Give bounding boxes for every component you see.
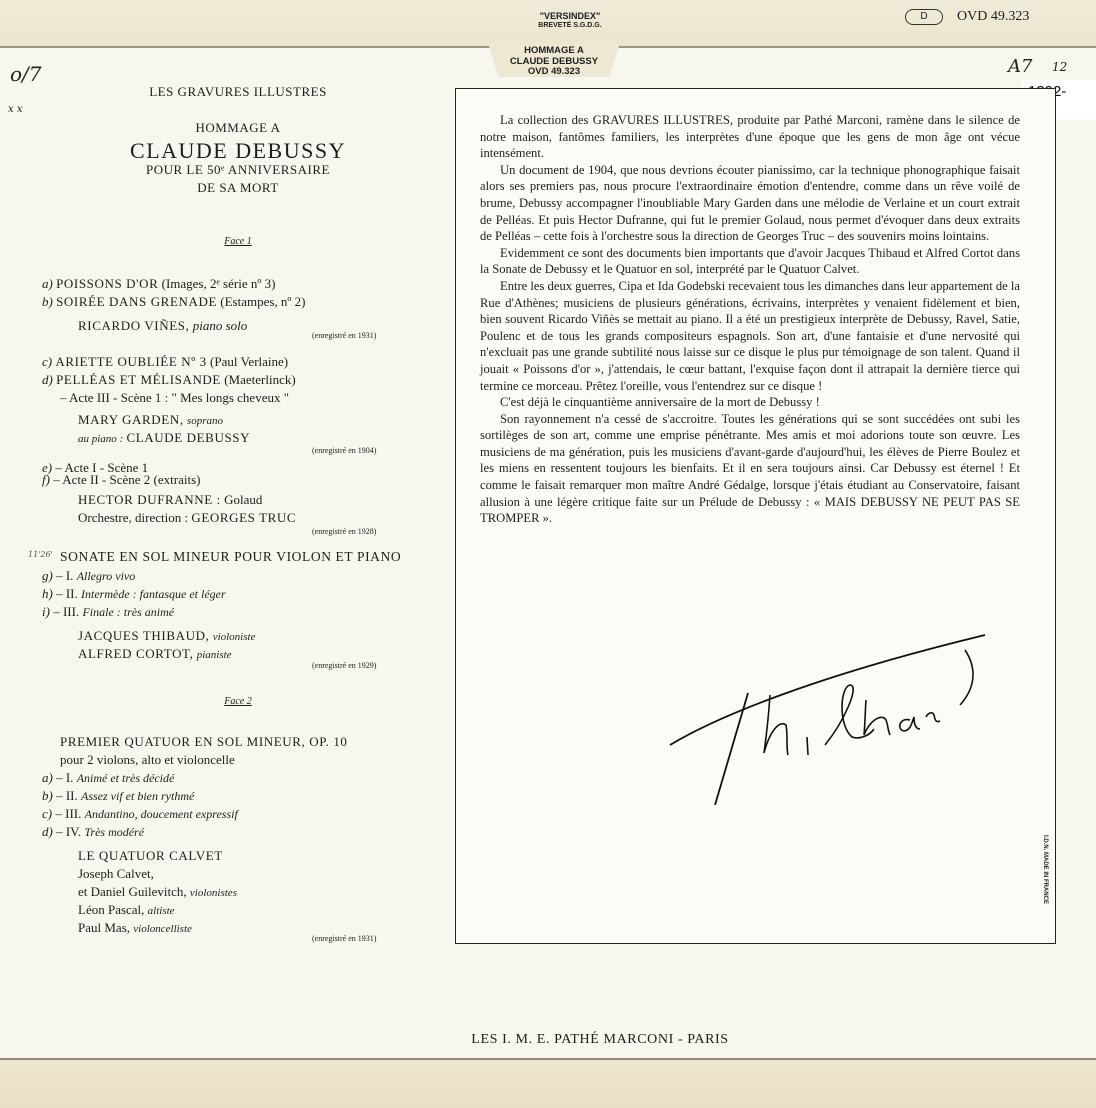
spine-tab-line1: HOMMAGE A: [488, 46, 620, 57]
track-d: d) PELLÉAS ET MÉLISANDE (Maeterlinck): [42, 372, 296, 388]
composer-title: CLAUDE DEBUSSY: [88, 138, 388, 164]
member-role: violonistes: [190, 887, 237, 899]
member-role: altiste: [148, 905, 175, 917]
performer-role: Golaud: [224, 492, 262, 507]
track-note: (Paul Verlaine): [210, 354, 288, 369]
performer-line: RICARDO VIÑES, piano solo: [78, 318, 247, 334]
recording-date: (enregistré en 1929): [312, 661, 376, 670]
track-title: SOIRÉE DANS GRENADE: [56, 294, 217, 309]
track-b: b) SOIRÉE DANS GRENADE (Estampes, nº 2): [42, 294, 306, 310]
track-title: POISSONS D'OR: [56, 276, 158, 291]
essay-paragraph: Entre les deux guerres, Cipa et Ida Gode…: [480, 278, 1020, 394]
handwritten-note-top-right: A7: [1008, 56, 1032, 77]
movement-item: g) – I. Allegro vivo: [42, 568, 135, 584]
ensemble-member: et Daniel Guilevitch, violonistes: [78, 884, 237, 900]
track-letter: f): [42, 472, 50, 487]
recording-date: (enregistré en 1931): [312, 934, 376, 943]
track-title: PELLÉAS ET MÉLISANDE: [56, 372, 221, 387]
performer-line: JACQUES THIBAUD, violoniste: [78, 628, 255, 644]
track-letter: c): [42, 354, 52, 369]
handwritten-side-note: 11'26': [28, 550, 53, 559]
track-a: a) POISSONS D'OR (Images, 2ᵉ série nº 3): [42, 276, 275, 292]
essay-paragraph: La collection des GRAVURES ILLUSTRES, pr…: [480, 112, 1020, 162]
track-letter: a): [42, 276, 53, 291]
versindex-line2: BREVETÉ S.G.D.G.: [510, 21, 630, 30]
spine-tab: HOMMAGE A CLAUDE DEBUSSY OVD 49.323: [488, 43, 620, 77]
sleeve-bottom-band: [0, 1058, 1096, 1108]
recording-date: (enregistré en 1931): [312, 331, 376, 340]
member-name: Paul Mas,: [78, 920, 130, 935]
track-c: c) ARIETTE OUBLIÉE Nº 3 (Paul Verlaine): [42, 354, 288, 370]
movement-item: h) – II. Intermède : fantasque et léger: [42, 586, 226, 602]
movement-item: c) – III. Andantino, doucement expressif: [42, 806, 238, 822]
ensemble-name: LE QUATUOR CALVET: [78, 848, 223, 864]
ensemble-member: Léon Pascal, altiste: [78, 902, 175, 918]
signature-milhaud: [660, 625, 990, 805]
performer-line: ALFRED CORTOT, pianiste: [78, 646, 232, 662]
liner-notes-text: La collection des GRAVURES ILLUSTRES, pr…: [480, 112, 1020, 527]
track-title: – Acte II - Scène 2 (extraits): [53, 472, 200, 487]
side-print-made-in-france: I.D.N. MADE IN FRANCE: [1042, 835, 1048, 904]
performer-name: JACQUES THIBAUD,: [78, 628, 209, 643]
ensemble-member: Paul Mas, violoncelliste: [78, 920, 192, 936]
essay-paragraph: C'est déjà le cinquantième anniversaire …: [480, 394, 1020, 411]
catalog-block: D OVD 49.323: [905, 9, 1029, 25]
essay-paragraph: Evidemment ce sont des documents bien im…: [480, 245, 1020, 278]
subtitle-line2: DE SA MORT: [88, 180, 388, 196]
member-name: Léon Pascal,: [78, 902, 144, 917]
sonata-title: SONATE EN SOL MINEUR POUR VIOLON ET PIAN…: [60, 549, 401, 565]
movement-item: a) – I. Animé et très décidé: [42, 770, 174, 786]
handwritten-marks: x x: [8, 104, 22, 115]
conductor-label: Orchestre, direction :: [78, 510, 188, 525]
track-f: f) – Acte II - Scène 2 (extraits): [42, 474, 200, 486]
recording-date: (enregistré en 1904): [312, 446, 376, 455]
accompanist-label: au piano :: [78, 433, 123, 445]
member-name: et Daniel Guilevitch,: [78, 884, 187, 899]
hommage-line: HOMMAGE A: [88, 120, 388, 136]
handwritten-note-top-right-2: 12: [1052, 60, 1067, 74]
accompanist-line: au piano : CLAUDE DEBUSSY: [78, 430, 250, 446]
movement-item: b) – II. Assez vif et bien rythmé: [42, 788, 194, 804]
versindex-line1: "VERSINDEX": [510, 12, 630, 21]
face1-heading: Face 1: [208, 236, 268, 247]
track-note: (Estampes, nº 2): [220, 294, 305, 309]
recording-date: (enregistré en 1928): [312, 527, 376, 536]
essay-paragraph: Un document de 1904, que nous devrions é…: [480, 162, 1020, 245]
essay-paragraph: Son rayonnement n'a cessé de s'accroitre…: [480, 411, 1020, 527]
spine-tab-line3: OVD 49.323: [488, 67, 620, 78]
track-note: (Maeterlinck): [224, 372, 295, 387]
performer-role: soprano: [187, 415, 223, 427]
quartet-title: PREMIER QUATUOR EN SOL MINEUR, OP. 10: [60, 734, 348, 750]
track-note: (Images, 2ᵉ série nº 3): [162, 276, 276, 291]
face2-heading: Face 2: [208, 696, 268, 707]
performer-name: HECTOR DUFRANNE :: [78, 492, 221, 507]
subtitle-line1: POUR LE 50ᵉ ANNIVERSAIRE: [88, 162, 388, 178]
performer-line: HECTOR DUFRANNE : Golaud: [78, 492, 262, 508]
performer-role: violoniste: [213, 631, 256, 643]
track-title: ARIETTE OUBLIÉE Nº 3: [55, 354, 206, 369]
conductor-name: GEORGES TRUC: [191, 510, 296, 525]
performer-name: ALFRED CORTOT,: [78, 646, 193, 661]
performer-role: pianiste: [197, 649, 232, 661]
series-title: LES GRAVURES ILLUSTRES: [88, 84, 388, 100]
track-letter: b): [42, 294, 53, 309]
conductor-line: Orchestre, direction : GEORGES TRUC: [78, 510, 296, 526]
catalog-number: OVD 49.323: [957, 9, 1029, 25]
accompanist-name: CLAUDE DEBUSSY: [126, 430, 250, 445]
performer-name: MARY GARDEN,: [78, 412, 184, 427]
member-role: violoncelliste: [133, 923, 192, 935]
rating-badge: D: [905, 9, 943, 25]
performer-name: RICARDO VIÑES,: [78, 318, 189, 333]
movement-item: d) – IV. Très modéré: [42, 824, 144, 840]
movement-item: i) – III. Finale : très animé: [42, 604, 174, 620]
ensemble-member: Joseph Calvet,: [78, 866, 154, 882]
performer-line: MARY GARDEN, soprano: [78, 412, 223, 428]
quartet-subtitle: pour 2 violons, alto et violoncelle: [60, 752, 235, 768]
performer-role: piano solo: [193, 318, 248, 333]
track-d-detail: – Acte III - Scène 1 : " Mes longs cheve…: [60, 390, 289, 406]
versindex-mark: "VERSINDEX" BREVETÉ S.G.D.G.: [510, 12, 630, 30]
publisher-footer: LES I. M. E. PATHÉ MARCONI - PARIS: [380, 1032, 820, 1048]
track-letter: d): [42, 372, 53, 387]
handwritten-note-top-left: o/7: [10, 62, 42, 86]
